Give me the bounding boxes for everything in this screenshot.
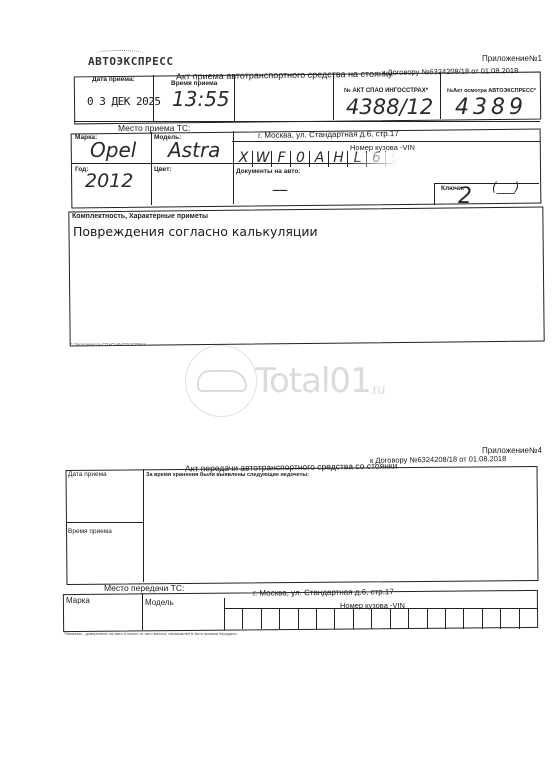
vin-cell: W bbox=[252, 151, 271, 167]
appendix-label: Приложение№1 bbox=[482, 54, 542, 63]
vin-cell bbox=[390, 609, 408, 629]
vin-cell bbox=[463, 609, 481, 629]
docs-label: Документы на авто: bbox=[236, 168, 300, 175]
features-label: Комплектность, Характерные приметы bbox=[72, 213, 208, 220]
vin-cell bbox=[445, 609, 463, 629]
color-label: Цвет: bbox=[154, 166, 172, 173]
time-label: Время приема bbox=[171, 80, 217, 87]
vin-cell: H bbox=[328, 151, 347, 167]
act-spao-value: 4388/12 bbox=[346, 95, 433, 119]
logo-swoosh-icon bbox=[95, 50, 145, 57]
date-label: Дата приема: bbox=[92, 76, 135, 83]
release-vin-cells bbox=[224, 609, 537, 629]
vin-cell bbox=[298, 609, 316, 629]
watermark-suffix: .ru bbox=[369, 381, 385, 397]
model-value: Astra bbox=[168, 138, 220, 162]
keys-value: 2 bbox=[458, 184, 472, 209]
vin-cell bbox=[408, 609, 426, 629]
act-spao-label: № АКТ СПАО ИНГОССТРАХ* bbox=[344, 88, 428, 94]
vin-cell bbox=[261, 609, 279, 629]
release-place-label: Место передачи ТС: bbox=[104, 583, 184, 593]
vin-cell bbox=[316, 609, 334, 629]
act-inspection-label: №Акт осмотра АВТОЭКСПРЕСС* bbox=[447, 88, 536, 94]
release-time-label: Время приема bbox=[68, 528, 112, 535]
car-icon bbox=[197, 370, 247, 392]
defects-label: За время хранения были выявлены следующи… bbox=[146, 472, 309, 478]
date-stamp: 0 3 ДЕК 2025 bbox=[87, 95, 160, 108]
docs-value: — bbox=[272, 180, 288, 199]
vin-cell: X bbox=[233, 151, 252, 167]
year-value: 2012 bbox=[85, 170, 133, 192]
keys-extra: (___) bbox=[492, 180, 519, 194]
vin-cell bbox=[519, 609, 537, 629]
features-value: Повреждения согласно калькуляции bbox=[73, 224, 318, 239]
vin-cell bbox=[482, 609, 500, 629]
time-value: 13:55 bbox=[172, 87, 230, 111]
vin-cell bbox=[334, 609, 352, 629]
vin-cell bbox=[224, 609, 242, 629]
vin-cell: F bbox=[271, 151, 290, 167]
vin-cell: 0 bbox=[290, 151, 309, 167]
release-main-box bbox=[66, 466, 539, 585]
vin-cell bbox=[371, 609, 389, 629]
footnote-2: *Заказчик - доверенное на авто и ключи о… bbox=[64, 631, 237, 636]
release-date-label: Дата приема bbox=[68, 471, 107, 478]
footnote-1: * Заполняется СПАО ИНГОССТРАХ bbox=[71, 342, 146, 347]
watermark: Total01 .ru bbox=[185, 345, 395, 425]
vin-cell bbox=[279, 609, 297, 629]
vin-cell bbox=[427, 609, 445, 629]
vin-cell bbox=[353, 609, 371, 629]
act-inspection-value: 4389 bbox=[455, 95, 527, 120]
vin-cell bbox=[242, 609, 260, 629]
release-model-label: Модель bbox=[145, 598, 174, 607]
release-make-label: Марка bbox=[66, 596, 90, 605]
make-value: Opel bbox=[90, 138, 136, 162]
vin-cell: A bbox=[309, 151, 328, 167]
watermark-text: Total01 bbox=[255, 361, 371, 401]
vin-cell bbox=[500, 609, 518, 629]
